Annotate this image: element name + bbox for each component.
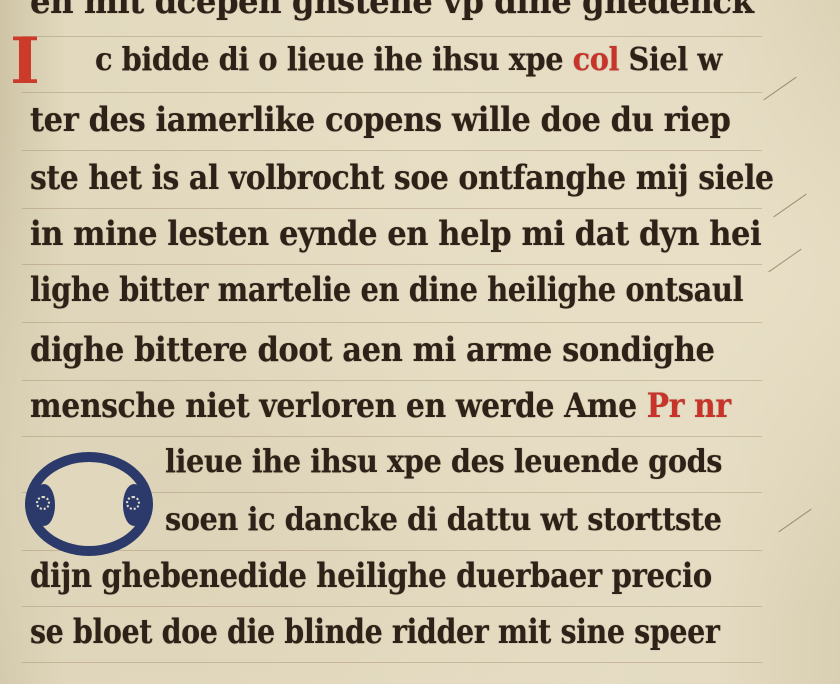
- line-text: mensche niet verloren en werde Ame: [30, 386, 637, 426]
- text-line: soen ic dancke di dattu wt storttste: [165, 500, 722, 538]
- pen-stroke: [768, 249, 801, 273]
- text-line: c bidde di o lieue ihe ihsu xpe col Siel…: [95, 40, 722, 78]
- decorated-initial-o: [25, 452, 153, 556]
- line-text: c bidde di o lieue ihe ihsu xpe: [95, 40, 563, 78]
- ruling-line: [22, 92, 762, 93]
- flower-ornament-icon: [126, 496, 140, 510]
- ruling-line: [22, 380, 762, 381]
- ruling-line: [22, 436, 762, 437]
- ruling-line: [22, 264, 762, 265]
- ruling-line: [22, 606, 762, 607]
- flower-ornament-icon: [36, 496, 50, 510]
- text-line: ste het is al volbrocht soe ontfanghe mi…: [30, 158, 774, 198]
- text-line: in mine lesten eynde en help mi dat dyn …: [30, 214, 761, 254]
- ruling-line: [22, 662, 762, 663]
- text-line: en mit dcepen ghstene vp dine ghedenck: [30, 0, 754, 22]
- manuscript-page: en mit dcepen ghstene vp dine ghedenck I…: [0, 0, 840, 684]
- text-line: dijn ghebenedide heilighe duerbaer preci…: [30, 556, 712, 596]
- initial-lobe: [33, 484, 55, 526]
- rubricated-initial-i: I: [10, 30, 40, 94]
- ruling-line: [22, 150, 762, 151]
- ruling-line: [22, 36, 762, 37]
- pen-stroke: [763, 77, 796, 101]
- text-line: mensche niet verloren en werde Ame Pr nr: [30, 386, 731, 426]
- text-line: lieue ihe ihsu xpe des leuende gods: [165, 442, 722, 480]
- ruling-line: [22, 208, 762, 209]
- line-text: Siel w: [629, 40, 722, 78]
- rubric-text: Pr nr: [647, 386, 731, 426]
- text-line: lighe bitter martelie en dine heilighe o…: [30, 270, 743, 310]
- initial-lobe: [123, 484, 145, 526]
- ruling-line: [22, 550, 762, 551]
- text-line: ter des iamerlike copens wille doe du ri…: [30, 100, 730, 140]
- pen-stroke: [778, 509, 811, 533]
- text-line: se bloet doe die blinde ridder mit sine …: [30, 612, 719, 652]
- rubric-text: col: [573, 40, 619, 78]
- ruling-line: [22, 322, 762, 323]
- pen-stroke: [773, 194, 806, 218]
- text-line: dighe bittere doot aen mi arme sondighe: [30, 330, 715, 370]
